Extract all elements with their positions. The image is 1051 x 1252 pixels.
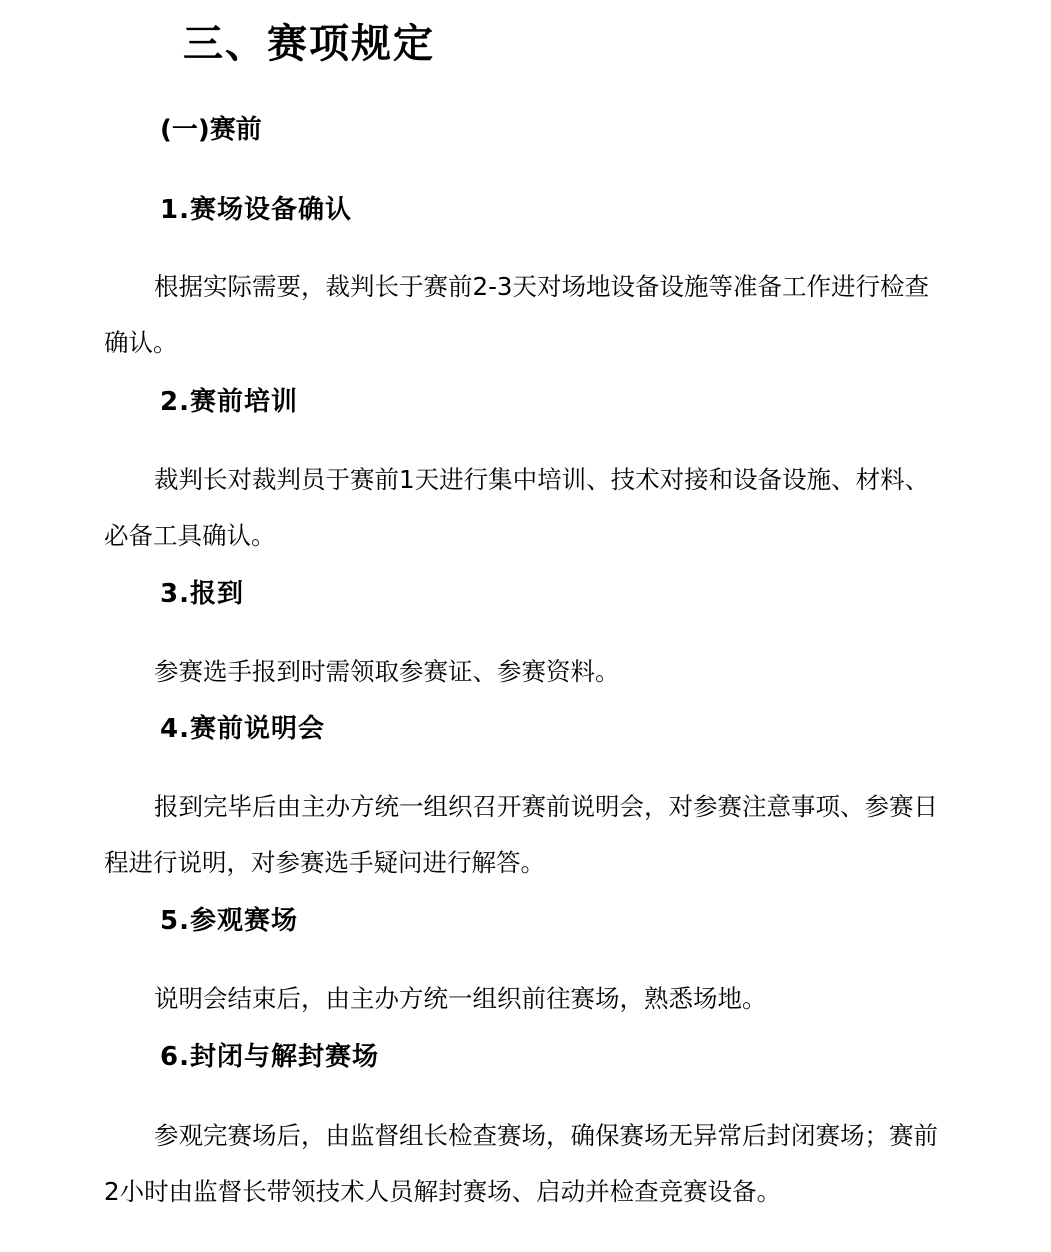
paragraph-line: 报到完毕后由主办方统一组织召开赛前说明会，对参赛注意事项、参赛日 (104, 779, 964, 835)
section-paragraph: 参赛选手报到时需领取参赛证、参赛资料。 (104, 644, 964, 700)
section-heading: 6.封闭与解封赛场 (160, 1037, 379, 1077)
paragraph-line: 说明会结束后，由主办方统一组织前往赛场，熟悉场地。 (104, 971, 964, 1027)
paragraph-line: 必备工具确认。 (104, 508, 964, 564)
paragraph-line: 参赛选手报到时需领取参赛证、参赛资料。 (104, 644, 964, 700)
section-heading: 4.赛前说明会 (160, 709, 325, 749)
section-paragraph: 说明会结束后，由主办方统一组织前往赛场，熟悉场地。 (104, 971, 964, 1027)
subsection-heading: (一)赛前 (160, 110, 262, 150)
page-title: 三、赛项规定 (183, 16, 435, 72)
section-paragraph: 报到完毕后由主办方统一组织召开赛前说明会，对参赛注意事项、参赛日 程进行说明，对… (104, 779, 964, 891)
paragraph-line: 根据实际需要，裁判长于赛前2-3天对场地设备设施等准备工作进行检查 (104, 259, 964, 315)
section-heading: 2.赛前培训 (160, 382, 298, 422)
section-heading: 3.报到 (160, 574, 244, 614)
section-paragraph: 参观完赛场后，由监督组长检查赛场，确保赛场无异常后封闭赛场；赛前 2小时由监督长… (104, 1108, 964, 1220)
paragraph-line: 确认。 (104, 315, 964, 371)
section-heading: 5.参观赛场 (160, 901, 298, 941)
section-heading: 1.赛场设备确认 (160, 190, 352, 230)
paragraph-line: 程进行说明，对参赛选手疑问进行解答。 (104, 835, 964, 891)
section-paragraph: 根据实际需要，裁判长于赛前2-3天对场地设备设施等准备工作进行检查 确认。 (104, 259, 964, 371)
paragraph-line: 裁判长对裁判员于赛前1天进行集中培训、技术对接和设备设施、材料、 (104, 452, 964, 508)
section-paragraph: 裁判长对裁判员于赛前1天进行集中培训、技术对接和设备设施、材料、 必备工具确认。 (104, 452, 964, 564)
paragraph-line: 2小时由监督长带领技术人员解封赛场、启动并检查竞赛设备。 (104, 1164, 964, 1220)
paragraph-line: 参观完赛场后，由监督组长检查赛场，确保赛场无异常后封闭赛场；赛前 (104, 1108, 964, 1164)
